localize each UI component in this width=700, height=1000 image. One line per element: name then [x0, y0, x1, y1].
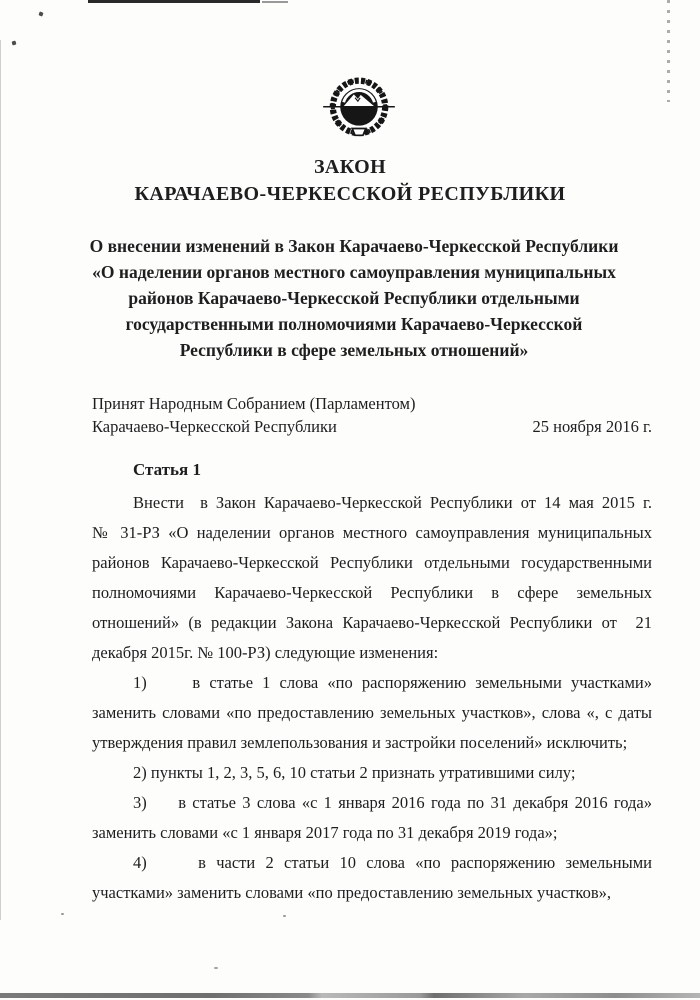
- scan-speck: [12, 41, 17, 46]
- adoption-date: 25 ноября 2016 г.: [533, 415, 653, 438]
- paragraph-item-2: 2) пункты 1, 2, 3, 5, 6, 10 статьи 2 при…: [92, 758, 652, 788]
- article-heading: Статья 1: [133, 460, 201, 480]
- paragraph-item-4: 4) в части 2 статьи 10 слова «по распоря…: [92, 848, 652, 908]
- paragraph-item-1: 1) в статье 1 слова «по распоряжению зем…: [92, 668, 652, 758]
- adoption-block: Принят Народным Собранием (Парламентом) …: [92, 392, 652, 438]
- scan-speck: [38, 11, 43, 16]
- coat-of-arms-icon: [322, 76, 396, 140]
- adoption-line1: Принят Народным Собранием (Парламентом): [92, 392, 652, 415]
- paragraph-intro: Внести в Закон Карачаево-Черкесской Респ…: [92, 488, 652, 668]
- law-title-line1: ЗАКОН: [0, 154, 700, 181]
- document-page: ЗАКОН КАРАЧАЕВО-ЧЕРКЕССКОЙ РЕСПУБЛИКИ О …: [0, 0, 700, 1000]
- scan-artifact-top-edge-faint: [262, 1, 288, 3]
- law-subtitle: О внесении изменений в Закон Карачаево-Ч…: [86, 233, 622, 363]
- scan-speck: [283, 915, 286, 917]
- scan-artifact-bottom-edge: [0, 993, 700, 998]
- law-title: ЗАКОН КАРАЧАЕВО-ЧЕРКЕССКОЙ РЕСПУБЛИКИ: [0, 154, 700, 208]
- adoption-line2: Карачаево-Черкесской Республики: [92, 415, 337, 438]
- paragraph-item-3: 3) в статье 3 слова «с 1 января 2016 год…: [92, 788, 652, 848]
- article-body: Внести в Закон Карачаево-Черкесской Респ…: [92, 488, 652, 908]
- scan-speck: [61, 913, 64, 915]
- scan-speck: [214, 967, 218, 969]
- scan-artifact-top-edge: [88, 0, 260, 3]
- scan-artifact-perforation: [667, 0, 670, 102]
- law-title-line2: КАРАЧАЕВО-ЧЕРКЕССКОЙ РЕСПУБЛИКИ: [0, 181, 700, 208]
